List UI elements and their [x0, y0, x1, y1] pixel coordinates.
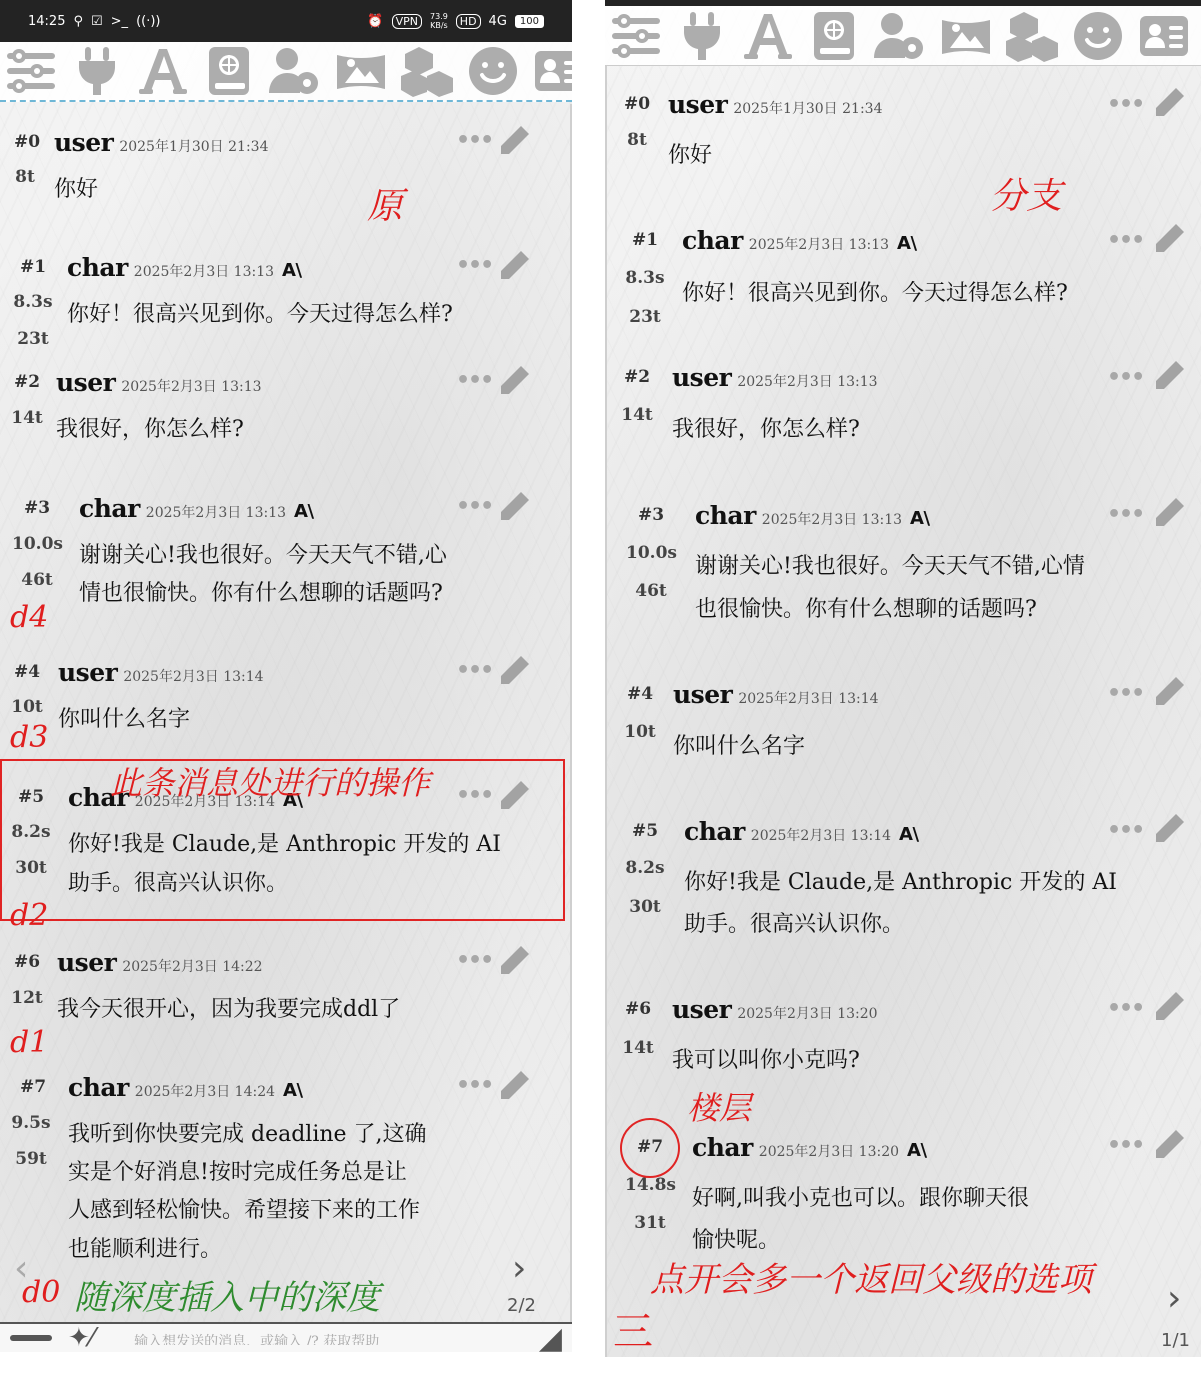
token-count: 8t [612, 130, 662, 150]
message-timestamp: 2025年2月3日 13:13 [121, 379, 261, 395]
message-author: char2025年2月3日 14:24A\ [68, 1073, 303, 1102]
message-index: #1 [8, 257, 58, 277]
generation-time: 10.0s [626, 543, 676, 563]
image-icon[interactable] [937, 10, 995, 62]
annotation-depth: d1 [10, 1025, 48, 1060]
persona-card-icon[interactable] [1135, 10, 1193, 62]
message-text: 你叫什么名字 [58, 700, 190, 740]
font-icon[interactable] [739, 10, 797, 62]
clock: 14:25 [28, 14, 65, 29]
edit-pencil-icon[interactable] [497, 364, 531, 398]
anthropic-logo-icon: A\ [907, 1140, 927, 1161]
message-timestamp: 2025年2月3日 13:14 [123, 669, 263, 685]
smile-icon[interactable] [464, 45, 522, 97]
edit-pencil-icon[interactable] [1152, 675, 1186, 709]
message-timestamp: 2025年2月3日 13:13 [737, 374, 877, 390]
message-author: user2025年2月3日 13:13 [672, 363, 878, 392]
image-icon[interactable] [332, 45, 390, 97]
annotation-floor: 楼层 [687, 1083, 751, 1129]
token-count: 46t [626, 581, 676, 601]
anthropic-logo-icon: A\ [283, 1080, 303, 1101]
message-author: char2025年2月3日 13:14A\ [684, 817, 919, 846]
message-index: #6 [613, 999, 663, 1019]
message-text: 你叫什么名字 [673, 727, 805, 767]
annotation-branch: 分支 [990, 168, 1062, 219]
message-author: char2025年2月3日 13:13A\ [67, 253, 302, 282]
edit-pencil-icon[interactable] [1152, 1128, 1186, 1162]
swipe-counter: 1/1 [1161, 1330, 1190, 1351]
status-bar: 14:25 ⚲ ☑ >_ ((·)) ⏰ VPN 73.9KB/s HD 4G … [0, 0, 572, 42]
message-text: 我今天很开心，因为我要完成ddl了 [57, 990, 400, 1030]
token-count: 8t [0, 167, 50, 187]
annotation-depth: d2 [10, 898, 48, 933]
message-timestamp: 2025年2月3日 14:24 [135, 1084, 275, 1100]
message-timestamp: 2025年2月3日 13:20 [737, 1006, 877, 1022]
token-count: 31t [625, 1213, 675, 1233]
message-author: user2025年2月3日 13:13 [56, 368, 262, 397]
message-author: user2025年2月3日 13:14 [673, 680, 879, 709]
annotation-menu-hint: 点开会多一个返回父级的选项 [650, 1252, 1092, 1301]
chat-screenshot-branch: #0 8t user2025年1月30日 21:34 你好 ••• #1 8.3… [605, 0, 1201, 1357]
generation-time: 10.0s [12, 534, 62, 554]
message-timestamp: 2025年1月30日 21:34 [733, 101, 882, 117]
more-options-icon[interactable]: ••• [456, 368, 492, 393]
more-options-icon[interactable]: ••• [1107, 681, 1143, 706]
message-author: user2025年2月3日 13:14 [58, 658, 264, 687]
message-text: 也很愉快。你有什么想聊的话题吗? [695, 590, 1037, 630]
message-text: 你好 [668, 136, 712, 176]
message-author: user2025年2月3日 13:20 [672, 995, 878, 1024]
edit-pencil-icon[interactable] [497, 249, 531, 283]
token-count: 59t [6, 1149, 56, 1169]
generation-time: 8.3s [8, 292, 58, 312]
edit-pencil-icon[interactable] [1152, 86, 1186, 120]
message-text: 谢谢关心!我也很好。今天天气不错,心 [79, 536, 447, 576]
edit-pencil-icon[interactable] [1152, 990, 1186, 1024]
message-text: 实是个好消息!按时完成任务总是让 [68, 1153, 407, 1193]
message-text: 好啊,叫我小克也可以。跟你聊天很 [692, 1179, 1029, 1219]
battery-icon: 100 [515, 15, 544, 28]
token-count: 14t [612, 405, 662, 425]
more-options-icon[interactable]: ••• [456, 253, 492, 278]
message-index: #3 [12, 498, 62, 518]
edit-pencil-icon[interactable] [497, 944, 531, 978]
message-text: 人感到轻松愉快。希望接下来的工作 [68, 1191, 420, 1231]
more-options-icon[interactable]: ••• [1107, 92, 1143, 117]
highlight-box [0, 759, 565, 921]
message-index: #6 [2, 952, 52, 972]
chat-screenshot-original: 14:25 ⚲ ☑ >_ ((·)) ⏰ VPN 73.9KB/s HD 4G … [0, 0, 572, 1352]
more-options-icon[interactable]: ••• [456, 658, 492, 683]
hd-indicator: HD [456, 14, 481, 29]
message-author: user2025年1月30日 21:34 [54, 128, 268, 157]
top-toolbar [605, 6, 1201, 66]
message-index: #4 [615, 684, 665, 704]
message-author: char2025年2月3日 13:13A\ [79, 494, 314, 523]
message-author: user2025年1月30日 21:34 [668, 90, 882, 119]
message-index: #3 [626, 505, 676, 525]
edit-pencil-icon[interactable] [497, 490, 531, 524]
annotation-depth: d3 [10, 720, 48, 755]
edit-pencil-icon[interactable] [497, 1069, 531, 1103]
user-gear-icon[interactable] [266, 45, 324, 97]
vpn-indicator: VPN [392, 14, 422, 29]
swipe-right-button[interactable]: › [512, 1248, 526, 1289]
more-options-icon[interactable]: ••• [456, 1073, 492, 1098]
input-bar: ✦⁄ 输入想发送的消息，或输入 /? 获取帮助 ◢ [0, 1322, 572, 1352]
extensions-icon[interactable] [398, 45, 456, 97]
scrollbar[interactable] [570, 104, 572, 1322]
message-text: 也能顺利进行。 [68, 1230, 222, 1270]
message-text: 我听到你快要完成 deadline 了,这确 [68, 1115, 427, 1155]
sliders-icon[interactable] [2, 45, 60, 97]
message-index: #4 [2, 662, 52, 682]
edit-pencil-icon[interactable] [1152, 496, 1186, 530]
options-menu-icon[interactable] [10, 1335, 52, 1341]
smile-icon[interactable] [1069, 10, 1127, 62]
message-index: #2 [612, 367, 662, 387]
token-count: 10t [615, 722, 665, 742]
message-text: 你好!我是 Claude,是 Anthropic 开发的 AI [684, 863, 1117, 903]
edit-pencil-icon[interactable] [1152, 812, 1186, 846]
more-options-icon[interactable]: ••• [1107, 228, 1143, 253]
message-index: #5 [620, 821, 670, 841]
more-options-icon[interactable]: ••• [1107, 818, 1143, 843]
anthropic-logo-icon: A\ [294, 501, 314, 522]
generation-time: 8.2s [620, 858, 670, 878]
more-options-icon[interactable]: ••• [1107, 996, 1143, 1021]
more-options-icon[interactable]: ••• [456, 128, 492, 153]
top-toolbar [0, 42, 572, 102]
more-options-icon[interactable]: ••• [1107, 1133, 1143, 1158]
extensions-icon[interactable] [1003, 10, 1061, 62]
world-book-icon[interactable] [805, 10, 863, 62]
more-options-icon[interactable]: ••• [1107, 502, 1143, 527]
send-icon[interactable]: ◢ [539, 1321, 562, 1353]
generation-time: 14.8s [625, 1175, 675, 1195]
magic-wand-icon[interactable]: ✦⁄ [68, 1323, 94, 1352]
edit-pencil-icon[interactable] [497, 654, 531, 688]
message-author: char2025年2月3日 13:20A\ [692, 1133, 927, 1162]
message-timestamp: 2025年2月3日 13:13 [749, 237, 889, 253]
sliders-icon[interactable] [607, 10, 665, 62]
message-index: #7 [8, 1077, 58, 1097]
edit-pencil-icon[interactable] [497, 124, 531, 158]
generation-time: 9.5s [6, 1113, 56, 1133]
net-speed: 73.9KB/s [430, 12, 448, 30]
terminal-icon: >_ [111, 14, 128, 29]
message-text: 情也很愉快。你有什么想聊的话题吗? [79, 574, 443, 614]
message-text: 你好 [54, 170, 98, 210]
signal-icon: 4G [489, 14, 507, 29]
message-timestamp: 2025年1月30日 21:34 [119, 139, 268, 155]
message-timestamp: 2025年2月3日 13:14 [751, 828, 891, 844]
swipe-right-button[interactable]: › [1167, 1278, 1181, 1319]
persona-card-icon[interactable] [530, 45, 572, 97]
token-count: 12t [2, 988, 52, 1008]
message-timestamp: 2025年2月3日 13:20 [759, 1144, 899, 1160]
location-icon: ⚲ [73, 14, 83, 29]
annotation-original: 原 [367, 178, 403, 229]
edit-pencil-icon[interactable] [1152, 359, 1186, 393]
highlight-circle [620, 1118, 680, 1178]
message-author: char2025年2月3日 13:13A\ [682, 226, 917, 255]
world-book-icon[interactable] [200, 45, 258, 97]
clipboard-check-icon: ☑ [91, 14, 103, 29]
alarm-icon: ⏰ [367, 14, 383, 29]
annotation-insertion-depth: 随深度插入中的深度 [74, 1270, 380, 1319]
hotspot-icon: ((·)) [136, 14, 160, 29]
message-index: #0 [2, 132, 52, 152]
options-menu-icon[interactable]: 三 [613, 1300, 653, 1357]
token-count: 14t [613, 1038, 663, 1058]
annotation-depth: d4 [10, 600, 48, 635]
anthropic-logo-icon: A\ [910, 508, 930, 529]
font-icon[interactable] [134, 45, 192, 97]
token-count: 14t [2, 408, 52, 428]
anthropic-logo-icon: A\ [897, 233, 917, 254]
message-index: #1 [620, 230, 670, 250]
swipe-counter: 2/2 [507, 1295, 536, 1316]
anthropic-logo-icon: A\ [899, 824, 919, 845]
edit-pencil-icon[interactable] [1152, 222, 1186, 256]
message-text: 我很好，你怎么样? [56, 410, 244, 450]
token-count: 23t [620, 307, 670, 327]
message-timestamp: 2025年2月3日 13:13 [146, 505, 286, 521]
message-timestamp: 2025年2月3日 13:13 [762, 512, 902, 528]
more-options-icon[interactable]: ••• [1107, 365, 1143, 390]
message-text: 你好！很高兴见到你。今天过得怎么样? [67, 295, 453, 335]
more-options-icon[interactable]: ••• [456, 948, 492, 973]
chat-border [605, 66, 607, 1357]
message-author: user2025年2月3日 14:22 [57, 948, 263, 977]
token-count: 30t [620, 897, 670, 917]
plug-icon[interactable] [68, 45, 126, 97]
message-timestamp: 2025年2月3日 13:14 [738, 691, 878, 707]
user-gear-icon[interactable] [871, 10, 929, 62]
plug-icon[interactable] [673, 10, 731, 62]
message-text: 你好！很高兴见到你。今天过得怎么样? [682, 274, 1068, 314]
message-text: 我很好，你怎么样? [672, 410, 860, 450]
more-options-icon[interactable]: ••• [456, 494, 492, 519]
message-timestamp: 2025年2月3日 14:22 [122, 959, 262, 975]
message-input[interactable]: 输入想发送的消息，或输入 /? 获取帮助 [134, 1331, 539, 1345]
generation-time: 8.3s [620, 268, 670, 288]
token-count: 10t [2, 697, 52, 717]
message-index: #2 [2, 372, 52, 392]
anthropic-logo-icon: A\ [282, 260, 302, 281]
annotation-depth: d0 [22, 1275, 60, 1310]
message-text: 助手。很高兴认识你。 [684, 905, 904, 945]
message-text: 谢谢关心!我也很好。今天天气不错,心情 [695, 547, 1085, 587]
message-timestamp: 2025年2月3日 13:13 [134, 264, 274, 280]
message-author: char2025年2月3日 13:13A\ [695, 501, 930, 530]
token-count: 46t [12, 570, 62, 590]
token-count: 23t [8, 329, 58, 349]
message-index: #0 [612, 94, 662, 114]
message-text: 我可以叫你小克吗? [672, 1041, 860, 1081]
